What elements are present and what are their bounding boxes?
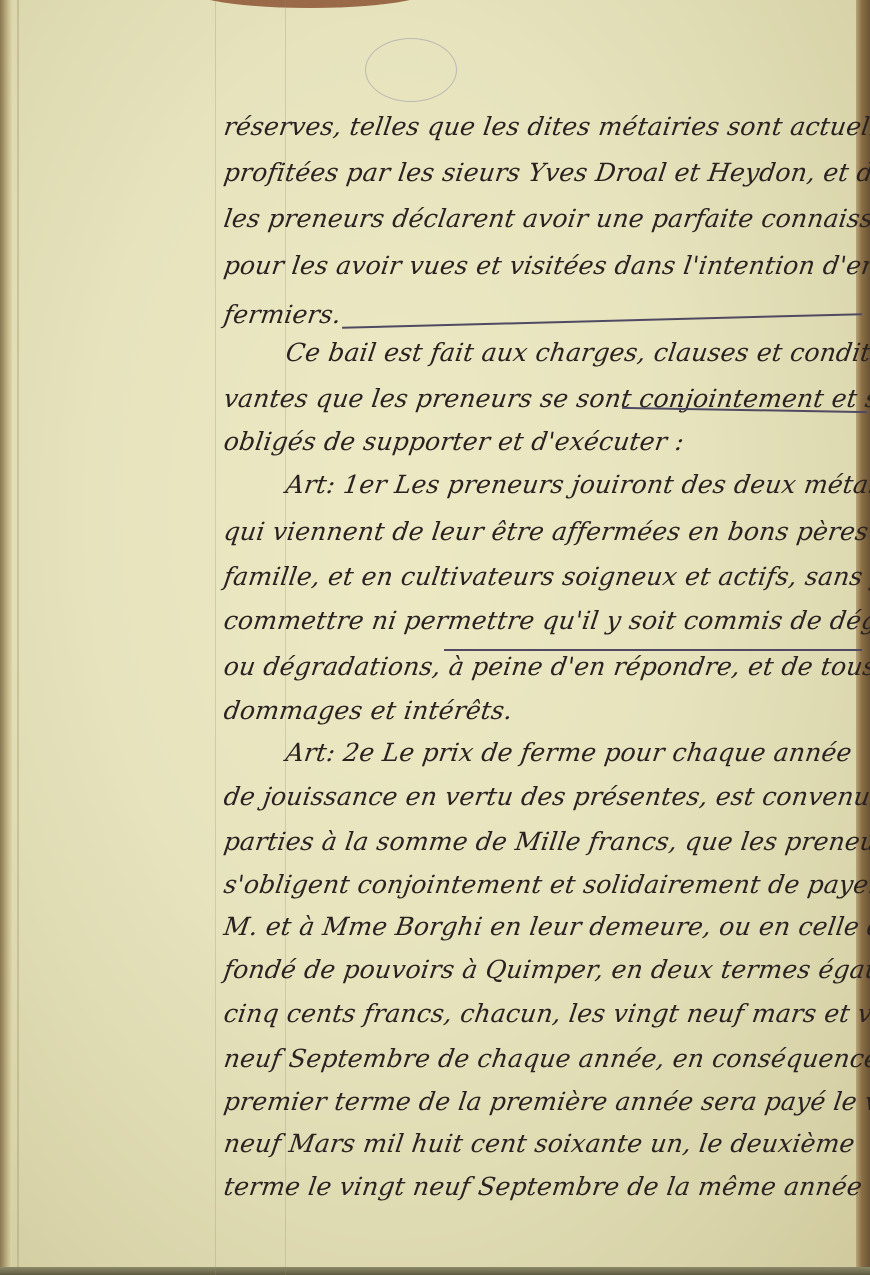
margin-line-outer (215, 0, 216, 1275)
text-line: premier terme de la première année sera … (222, 1087, 870, 1116)
text-line: profitées par les sieurs Yves Droal et H… (222, 158, 870, 187)
closing-rule (444, 649, 862, 651)
text-line: M. et à Mme Borghi en leur demeure, ou e… (222, 912, 870, 941)
text-line: fondé de pouvoirs à Quimper, en deux ter… (222, 955, 870, 984)
text-line: de jouissance en vertu des présentes, es… (222, 782, 870, 811)
article-2-heading-line: Art: 2e Le prix de ferme pour chaque ann… (284, 738, 854, 767)
text-line: s'obligent conjointement et solidairemen… (222, 870, 870, 899)
closing-rule (342, 313, 862, 329)
text-line: qui viennent de leur être affermées en b… (222, 517, 870, 546)
text-line: neuf Septembre de chaque année, en consé… (222, 1044, 870, 1073)
text-line: parties à la somme de Mille francs, que … (222, 827, 870, 856)
text-line: dommages et intérêts. (222, 696, 515, 725)
manuscript-page: réserves, telles que les dites métairies… (0, 0, 870, 1275)
text-line: commettre ni permettre qu'il y soit comm… (222, 606, 870, 635)
text-line: cinq cents francs, chacun, les vingt neu… (222, 999, 870, 1028)
text-line: ou dégradations, à peine d'en répondre, … (222, 652, 870, 681)
paragraph-start-line: Ce bail est fait aux charges, clauses et… (284, 338, 870, 367)
text-line: obligés de supporter et d'exécuter : (222, 427, 686, 456)
page-fold-line (17, 0, 19, 1275)
text-line: pour les avoir vues et visitées dans l'i… (222, 251, 870, 280)
top-brown-tab (190, 0, 430, 8)
text-line: terme le vingt neuf Septembre de la même… (222, 1172, 864, 1201)
text-line: neuf Mars mil huit cent soixante un, le … (222, 1129, 857, 1158)
text-line: fermiers. (222, 300, 343, 329)
text-line: famille, et en cultivateurs soigneux et … (222, 562, 870, 591)
margin-line-inner (285, 0, 286, 1275)
page-right-edge (856, 0, 870, 1275)
page-bottom-edge (0, 1267, 870, 1275)
text-line: les preneurs déclarent avoir une parfait… (222, 204, 870, 233)
binding-edge (0, 0, 12, 1275)
pencil-mark (365, 38, 457, 102)
article-1-heading-line: Art: 1er Les preneurs jouiront des deux … (284, 470, 870, 499)
text-line: réserves, telles que les dites métairies… (222, 112, 870, 141)
